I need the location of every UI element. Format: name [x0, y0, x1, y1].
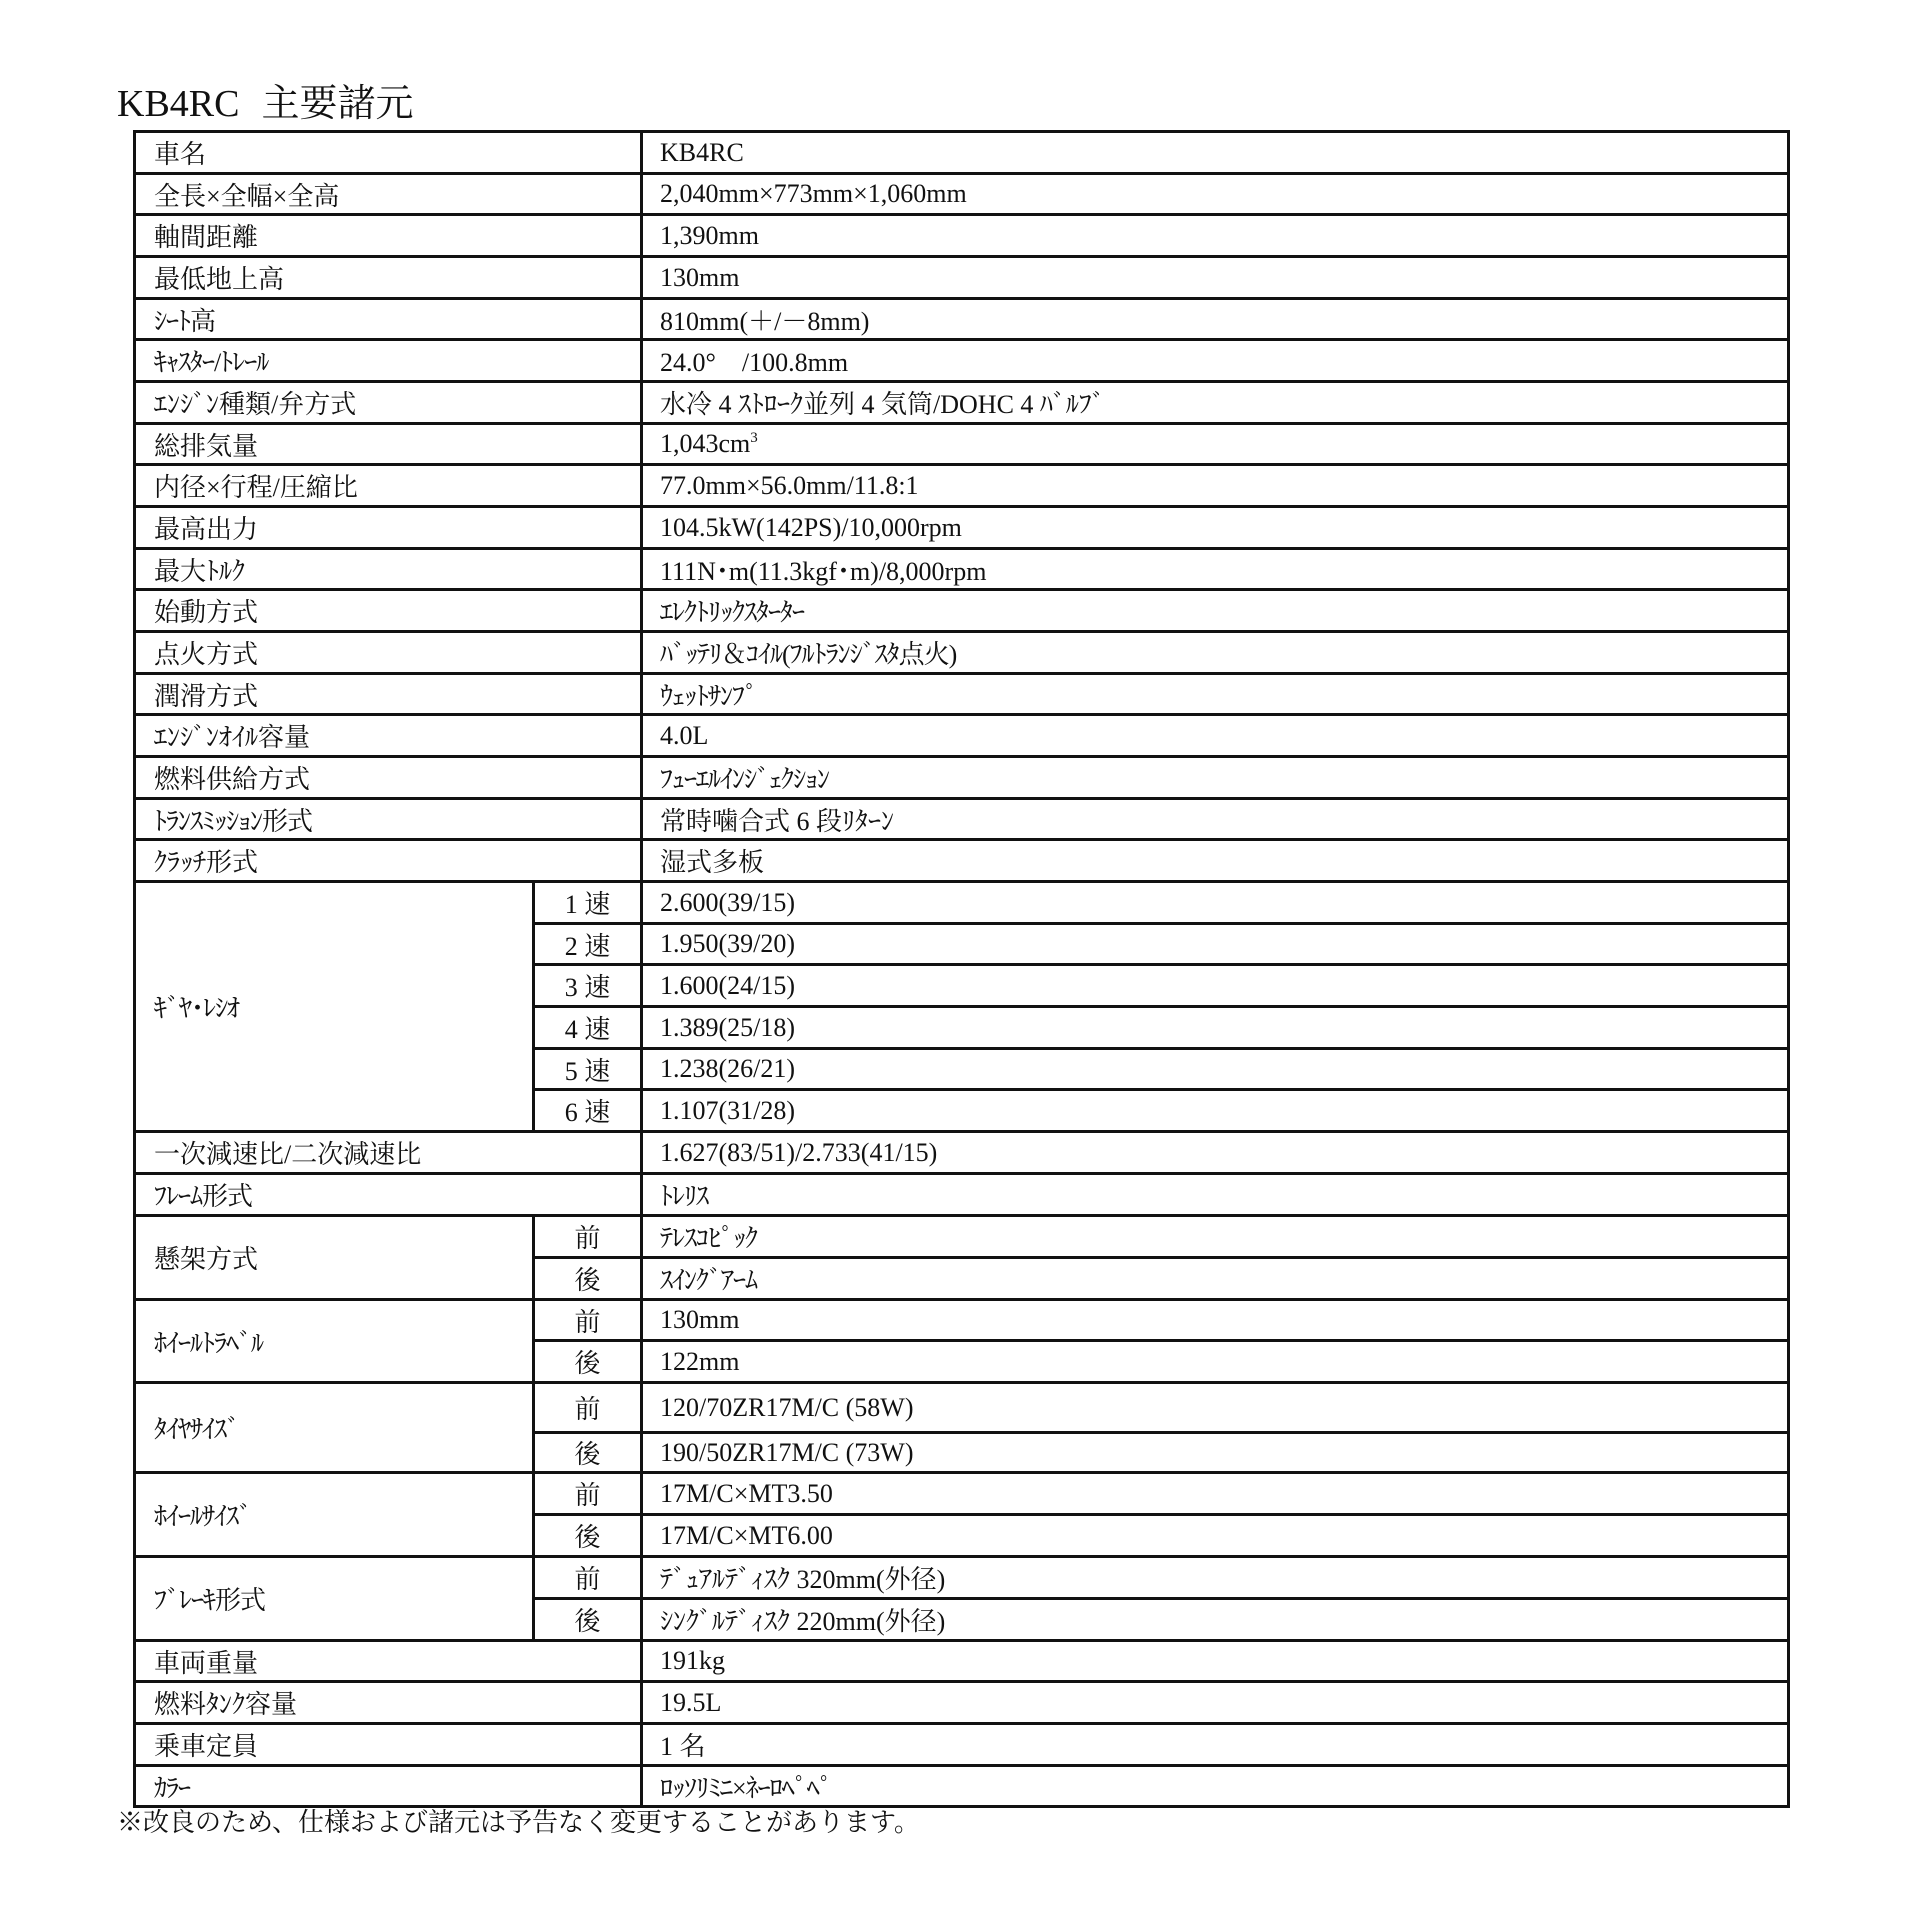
- spec-row-ground-clearance: 最低地上高 130mm: [135, 257, 1789, 299]
- spec-value: 1,390mm: [642, 215, 1789, 257]
- spec-label: 乗車定員: [135, 1724, 642, 1766]
- spec-value: 122mm: [642, 1341, 1789, 1383]
- spec-sub-label: 前: [534, 1557, 642, 1599]
- spec-row-engine-type: ｴﾝｼﾞﾝ種類/弁方式 水冷 4 ｽﾄﾛｰｸ並列 4 気筒/DOHC 4 ﾊﾞﾙ…: [135, 382, 1789, 424]
- spec-table: 車名 KB4RC 全長×全幅×全高 2,040mm×773mm×1,060mm …: [133, 130, 1790, 1808]
- spec-sub-label: 前: [534, 1300, 642, 1341]
- spec-row-starting: 始動方式 ｴﾚｸﾄﾘｯｸｽﾀｰﾀｰ: [135, 590, 1789, 632]
- spec-value: 1.600(24/15): [642, 965, 1789, 1007]
- spec-label: ｷｬｽﾀｰ/ﾄﾚｰﾙ: [135, 340, 642, 382]
- spec-sub-label: 2 速: [534, 924, 642, 965]
- spec-label: ﾎｲｰﾙｻｲｽﾞ: [135, 1473, 534, 1557]
- spec-value: 191kg: [642, 1641, 1789, 1682]
- spec-row-seat-height: ｼｰﾄ高 810mm(＋/－8mm): [135, 299, 1789, 340]
- spec-value: 77.0mm×56.0mm/11.8:1: [642, 465, 1789, 507]
- spec-label: 最高出力: [135, 507, 642, 549]
- spec-label: 車名: [135, 132, 642, 174]
- spec-row-wheelbase: 軸間距離 1,390mm: [135, 215, 1789, 257]
- spec-value: 1.238(26/21): [642, 1049, 1789, 1090]
- spec-label: 燃料ﾀﾝｸ容量: [135, 1682, 642, 1724]
- spec-value: ﾄﾚﾘｽ: [642, 1174, 1789, 1216]
- spec-value: 1 名: [642, 1724, 1789, 1766]
- spec-label: 燃料供給方式: [135, 757, 642, 799]
- spec-row-suspension: 懸架方式 前 ﾃﾚｽｺﾋﾟｯｸ: [135, 1216, 1789, 1258]
- spec-label: 内径×行程/圧縮比: [135, 465, 642, 507]
- spec-label: 懸架方式: [135, 1216, 534, 1300]
- spec-value: ﾃﾚｽｺﾋﾟｯｸ: [642, 1216, 1789, 1258]
- spec-label: 全長×全幅×全高: [135, 174, 642, 215]
- spec-value: 1.107(31/28): [642, 1090, 1789, 1132]
- spec-sub-label: 前: [534, 1383, 642, 1433]
- spec-label: ｶﾗｰ: [135, 1766, 642, 1807]
- spec-value: 24.0° /100.8mm: [642, 340, 1789, 382]
- page-title: KB4RC主要諸元: [117, 82, 414, 126]
- spec-value: ｳｪｯﾄｻﾝﾌﾟ: [642, 674, 1789, 715]
- spec-row-displacement: 総排気量 1,043cm3: [135, 424, 1789, 465]
- spec-label: ﾌﾚｰﾑ形式: [135, 1174, 642, 1216]
- spec-row-max-power: 最高出力 104.5kW(142PS)/10,000rpm: [135, 507, 1789, 549]
- spec-row-tire-size: ﾀｲﾔｻｲｽﾞ 前 120/70ZR17M/C (58W): [135, 1383, 1789, 1433]
- spec-row-ignition: 点火方式 ﾊﾞｯﾃﾘ＆ｺｲﾙ(ﾌﾙﾄﾗﾝｼﾞｽﾀ点火): [135, 632, 1789, 674]
- spec-value: 111N･m(11.3kgf･m)/8,000rpm: [642, 549, 1789, 590]
- spec-value: 810mm(＋/－8mm): [642, 299, 1789, 340]
- spec-label: ﾄﾗﾝｽﾐｯｼｮﾝ形式: [135, 799, 642, 840]
- spec-sub-label: 後: [534, 1515, 642, 1557]
- spec-sub-label: 6 速: [534, 1090, 642, 1132]
- spec-label: 最大ﾄﾙｸ: [135, 549, 642, 590]
- spec-value: 1.627(83/51)/2.733(41/15): [642, 1132, 1789, 1174]
- spec-row-fuel-system: 燃料供給方式 ﾌｭｰｴﾙｲﾝｼﾞｪｸｼｮﾝ: [135, 757, 1789, 799]
- spec-value: 1,043cm3: [642, 424, 1789, 465]
- spec-value: 17M/C×MT3.50: [642, 1473, 1789, 1515]
- spec-value: ｼﾝｸﾞﾙﾃﾞｨｽｸ 220mm(外径): [642, 1599, 1789, 1641]
- spec-label: 点火方式: [135, 632, 642, 674]
- spec-row-fuel-tank: 燃料ﾀﾝｸ容量 19.5L: [135, 1682, 1789, 1724]
- spec-sub-label: 前: [534, 1216, 642, 1258]
- spec-value: 1.950(39/20): [642, 924, 1789, 965]
- spec-row-capacity: 乗車定員 1 名: [135, 1724, 1789, 1766]
- displacement-value: 1,043cm: [660, 429, 750, 458]
- spec-row-gear-ratio: ｷﾞﾔ･ﾚｼｵ 1 速 2.600(39/15): [135, 882, 1789, 924]
- spec-label: ｸﾗｯﾁ形式: [135, 840, 642, 882]
- spec-row-reduction-ratio: 一次減速比/二次減速比 1.627(83/51)/2.733(41/15): [135, 1132, 1789, 1174]
- spec-value: 水冷 4 ｽﾄﾛｰｸ並列 4 気筒/DOHC 4 ﾊﾞﾙﾌﾞ: [642, 382, 1789, 424]
- spec-value: ｴﾚｸﾄﾘｯｸｽﾀｰﾀｰ: [642, 590, 1789, 632]
- spec-label: 始動方式: [135, 590, 642, 632]
- spec-value: ﾃﾞｭｱﾙﾃﾞｨｽｸ 320mm(外径): [642, 1557, 1789, 1599]
- spec-label: 総排気量: [135, 424, 642, 465]
- spec-value: 130mm: [642, 257, 1789, 299]
- spec-value: 19.5L: [642, 1682, 1789, 1724]
- spec-value: 2,040mm×773mm×1,060mm: [642, 174, 1789, 215]
- spec-value: 1.389(25/18): [642, 1007, 1789, 1049]
- spec-value: 130mm: [642, 1300, 1789, 1341]
- spec-sub-label: 後: [534, 1433, 642, 1473]
- spec-value: 2.600(39/15): [642, 882, 1789, 924]
- spec-value: 104.5kW(142PS)/10,000rpm: [642, 507, 1789, 549]
- spec-row-lubrication: 潤滑方式 ｳｪｯﾄｻﾝﾌﾟ: [135, 674, 1789, 715]
- spec-row-max-torque: 最大ﾄﾙｸ 111N･m(11.3kgf･m)/8,000rpm: [135, 549, 1789, 590]
- spec-label: ｴﾝｼﾞﾝ種類/弁方式: [135, 382, 642, 424]
- spec-row-transmission: ﾄﾗﾝｽﾐｯｼｮﾝ形式 常時噛合式 6 段ﾘﾀｰﾝ: [135, 799, 1789, 840]
- spec-value: 湿式多板: [642, 840, 1789, 882]
- spec-sub-label: 1 速: [534, 882, 642, 924]
- spec-value: 4.0L: [642, 715, 1789, 757]
- spec-label: 一次減速比/二次減速比: [135, 1132, 642, 1174]
- spec-sub-label: 5 速: [534, 1049, 642, 1090]
- spec-label: ｴﾝｼﾞﾝｵｲﾙ容量: [135, 715, 642, 757]
- spec-row-wheel-size: ﾎｲｰﾙｻｲｽﾞ 前 17M/C×MT3.50: [135, 1473, 1789, 1515]
- spec-row-oil-capacity: ｴﾝｼﾞﾝｵｲﾙ容量 4.0L: [135, 715, 1789, 757]
- spec-row-clutch: ｸﾗｯﾁ形式 湿式多板: [135, 840, 1789, 882]
- spec-row-dimensions: 全長×全幅×全高 2,040mm×773mm×1,060mm: [135, 174, 1789, 215]
- spec-value: ﾌｭｰｴﾙｲﾝｼﾞｪｸｼｮﾝ: [642, 757, 1789, 799]
- spec-row-bore-stroke: 内径×行程/圧縮比 77.0mm×56.0mm/11.8:1: [135, 465, 1789, 507]
- spec-label: 最低地上高: [135, 257, 642, 299]
- spec-row-wheel-travel: ﾎｲｰﾙﾄﾗﾍﾞﾙ 前 130mm: [135, 1300, 1789, 1341]
- spec-sub-label: 4 速: [534, 1007, 642, 1049]
- spec-row-frame: ﾌﾚｰﾑ形式 ﾄﾚﾘｽ: [135, 1174, 1789, 1216]
- spec-sub-label: 後: [534, 1258, 642, 1300]
- spec-label: ﾌﾞﾚｰｷ形式: [135, 1557, 534, 1641]
- spec-value: ｽｲﾝｸﾞｱｰﾑ: [642, 1258, 1789, 1300]
- spec-label: ﾎｲｰﾙﾄﾗﾍﾞﾙ: [135, 1300, 534, 1383]
- footnote: ※改良のため、仕様および諸元は予告なく変更することがあります。: [117, 1806, 920, 1840]
- spec-value: 常時噛合式 6 段ﾘﾀｰﾝ: [642, 799, 1789, 840]
- spec-row-brake: ﾌﾞﾚｰｷ形式 前 ﾃﾞｭｱﾙﾃﾞｨｽｸ 320mm(外径): [135, 1557, 1789, 1599]
- spec-value: 190/50ZR17M/C (73W): [642, 1433, 1789, 1473]
- spec-value: ﾛｯｿﾘﾐﾆ×ﾈｰﾛﾍﾟﾍﾟ: [642, 1766, 1789, 1807]
- spec-value: KB4RC: [642, 132, 1789, 174]
- spec-sub-label: 前: [534, 1473, 642, 1515]
- spec-sub-label: 後: [534, 1599, 642, 1641]
- title-heading: 主要諸元: [261, 83, 413, 125]
- spec-value: ﾊﾞｯﾃﾘ＆ｺｲﾙ(ﾌﾙﾄﾗﾝｼﾞｽﾀ点火): [642, 632, 1789, 674]
- spec-label: 車両重量: [135, 1641, 642, 1682]
- spec-sub-label: 後: [534, 1341, 642, 1383]
- displacement-unit-exponent: 3: [750, 430, 758, 446]
- spec-label: 潤滑方式: [135, 674, 642, 715]
- spec-sub-label: 3 速: [534, 965, 642, 1007]
- spec-row-color: ｶﾗｰ ﾛｯｿﾘﾐﾆ×ﾈｰﾛﾍﾟﾍﾟ: [135, 1766, 1789, 1807]
- spec-label: ｷﾞﾔ･ﾚｼｵ: [135, 882, 534, 1132]
- spec-row-caster-trail: ｷｬｽﾀｰ/ﾄﾚｰﾙ 24.0° /100.8mm: [135, 340, 1789, 382]
- spec-value: 17M/C×MT6.00: [642, 1515, 1789, 1557]
- spec-row-model-name: 車名 KB4RC: [135, 132, 1789, 174]
- spec-label: ｼｰﾄ高: [135, 299, 642, 340]
- title-model: KB4RC: [117, 83, 239, 125]
- spec-row-vehicle-weight: 車両重量 191kg: [135, 1641, 1789, 1682]
- spec-label: ﾀｲﾔｻｲｽﾞ: [135, 1383, 534, 1473]
- spec-value: 120/70ZR17M/C (58W): [642, 1383, 1789, 1433]
- spec-label: 軸間距離: [135, 215, 642, 257]
